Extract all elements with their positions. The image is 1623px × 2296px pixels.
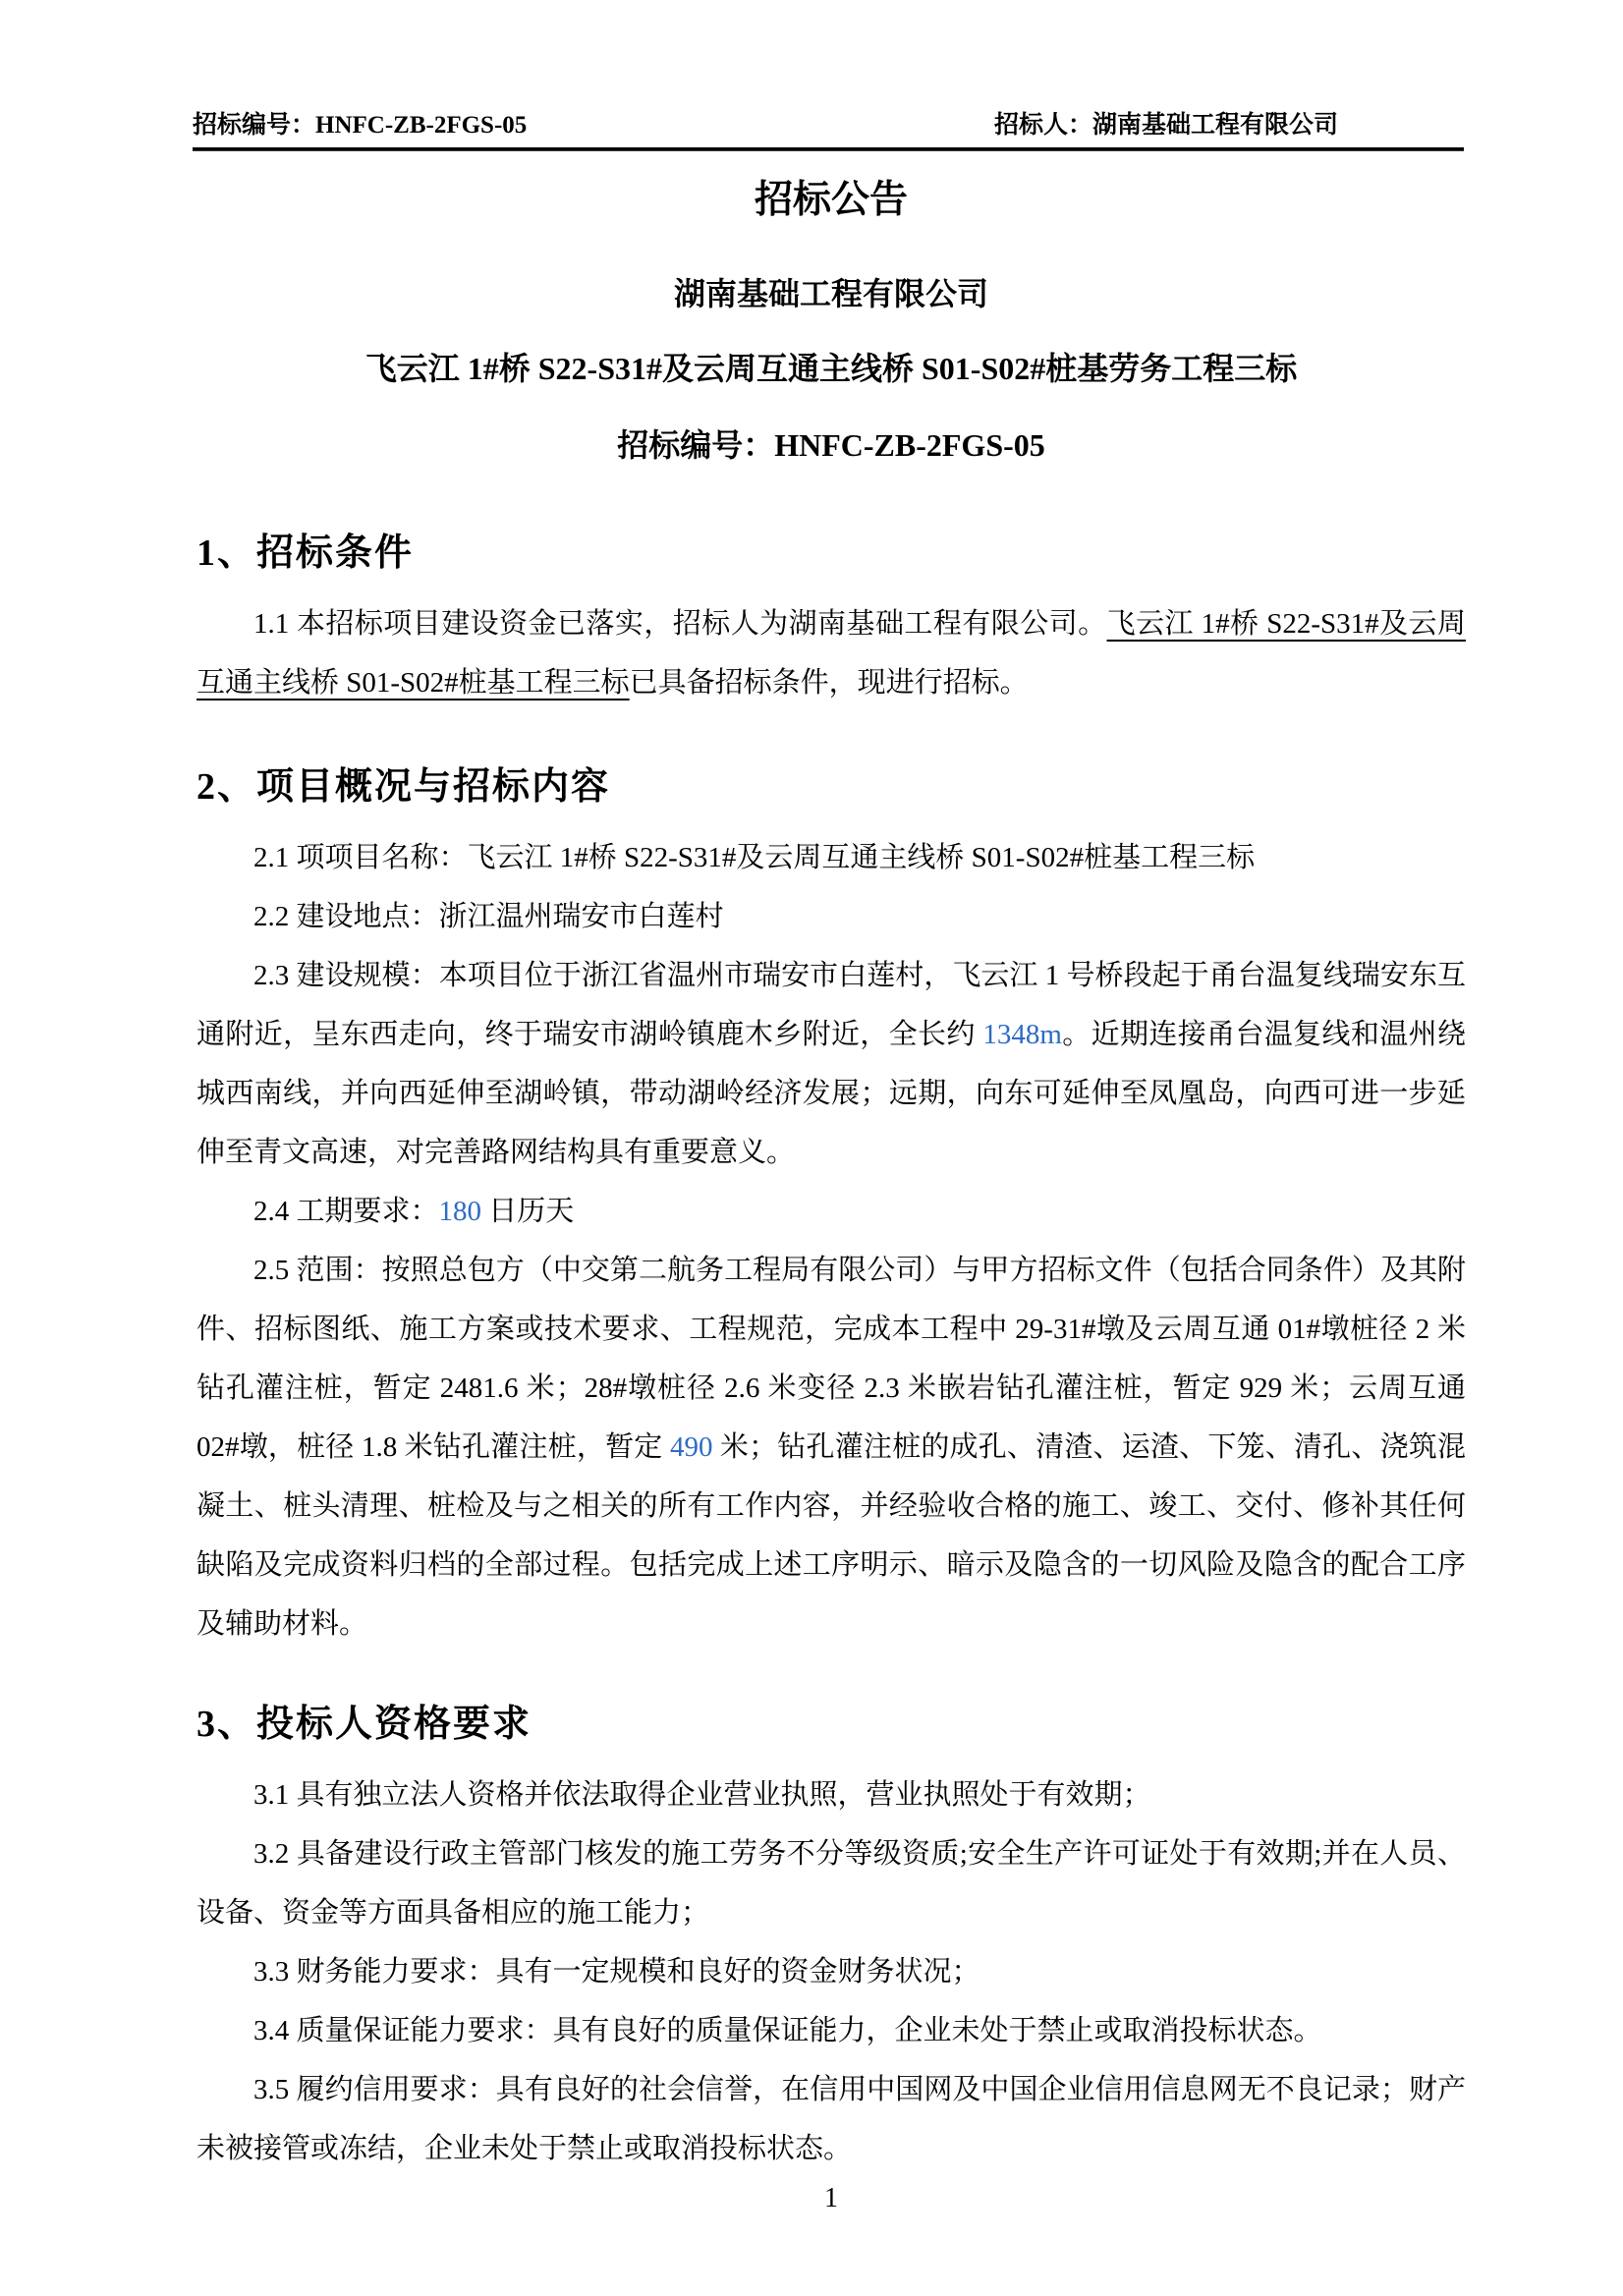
section-1-heading: 1、招标条件	[196, 528, 1466, 579]
tender-number: 招标编号：HNFC-ZB-2FGS-05	[196, 425, 1466, 465]
paragraph-2-4: 2.4 工期要求：180 日历天	[196, 1182, 1466, 1241]
section-3-heading: 3、投标人资格要求	[196, 1699, 1466, 1750]
paragraph-3-5: 3.5 履约信用要求：具有良好的社会信誉，在信用中国网及中国企业信用信息网无不良…	[196, 2060, 1466, 2178]
paragraph-3-4: 3.4 质量保证能力要求：具有良好的质量保证能力，企业未处于禁止或取消投标状态。	[196, 2001, 1466, 2060]
section-2-heading: 2、项目概况与招标内容	[196, 761, 1466, 812]
paragraph-2-5: 2.5 范围：按照总包方（中交第二航务工程局有限公司）与甲方招标文件（包括合同条…	[196, 1241, 1466, 1653]
paragraph-3-2: 3.2 具备建设行政主管部门核发的施工劳务不分等级资质;安全生产许可证处于有效期…	[196, 1824, 1466, 1942]
company-name: 湖南基础工程有限公司	[196, 274, 1466, 313]
paragraph-2-2: 2.2 建设地点：浙江温州瑞安市白莲村	[196, 887, 1466, 946]
document-title: 招标公告	[196, 178, 1466, 223]
document-body: 招标公告 湖南基础工程有限公司 飞云江 1#桥 S22-S31#及云周互通主线桥…	[196, 0, 1466, 2215]
paragraph-2-1: 2.1 项项目名称：飞云江 1#桥 S22-S31#及云周互通主线桥 S01-S…	[196, 828, 1466, 887]
project-title: 飞云江 1#桥 S22-S31#及云周互通主线桥 S01-S02#桩基劳务工程三…	[196, 349, 1466, 388]
paragraph-1-1: 1.1 本招标项目建设资金已落实，招标人为湖南基础工程有限公司。飞云江 1#桥 …	[196, 594, 1466, 712]
document-page: 招标编号：HNFC-ZB-2FGS-05 招标人：湖南基础工程有限公司 招标公告…	[0, 0, 1623, 2296]
paragraph-2-3: 2.3 建设规模：本项目位于浙江省温州市瑞安市白莲村，飞云江 1 号桥段起于甬台…	[196, 946, 1466, 1182]
page-number: 1	[196, 2182, 1466, 2215]
paragraph-3-1: 3.1 具有独立法人资格并依法取得企业营业执照，营业执照处于有效期；	[196, 1765, 1466, 1824]
paragraph-3-3: 3.3 财务能力要求：具有一定规模和良好的资金财务状况；	[196, 1942, 1466, 2001]
